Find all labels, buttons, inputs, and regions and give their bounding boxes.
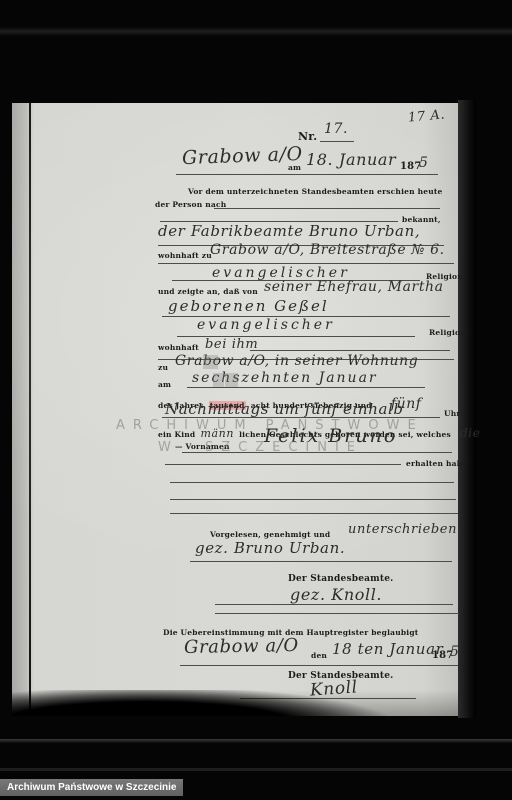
address-line: Grabow a/O, Breitestraße № 6. bbox=[210, 242, 445, 258]
corner-note: 17 A. bbox=[407, 107, 445, 125]
zeigte-an-label: und zeigte an, daß von bbox=[158, 287, 258, 296]
rule-line bbox=[180, 665, 458, 666]
page-bottom-shadow bbox=[12, 690, 458, 716]
certify-place: Grabow a/O bbox=[184, 635, 299, 658]
rule-line bbox=[165, 464, 401, 465]
scan-streak bbox=[0, 27, 512, 36]
am-label: am bbox=[158, 380, 171, 389]
rule-line bbox=[214, 208, 440, 209]
vorgelesen-label: Vorgelesen, genehmigt und bbox=[210, 530, 330, 539]
certify-date: 18 ten Januar bbox=[332, 640, 443, 658]
head-am: am bbox=[288, 163, 301, 172]
head-place: Grabow a/O bbox=[182, 143, 304, 169]
rule-line bbox=[170, 482, 454, 483]
wife-born-line: geborenen Geßel bbox=[168, 297, 329, 315]
wife-line: seiner Ehefrau, Martha bbox=[264, 279, 444, 295]
religion-2: evangelischer bbox=[197, 317, 335, 333]
rule-line bbox=[176, 174, 438, 175]
rule-line bbox=[250, 350, 450, 351]
archive-caption-label: Archiwum Państwowe w Szczecinie bbox=[7, 782, 177, 793]
rule-line bbox=[170, 499, 456, 500]
scan-streak bbox=[0, 768, 512, 771]
rule-line bbox=[170, 513, 458, 514]
intro-line-1: Vor dem unterzeichneten Standesbeamten e… bbox=[188, 187, 442, 196]
certify-den-label: den bbox=[311, 651, 327, 660]
birth-place-line: Grabow a/O, in seiner Wohnung bbox=[175, 353, 418, 369]
zu-label: zu bbox=[158, 363, 168, 372]
uhr-label: Uhr bbox=[444, 409, 461, 418]
binding-fold-line bbox=[29, 103, 31, 716]
vornamen-label: — Vornamen bbox=[175, 442, 230, 451]
child-article-hand: die bbox=[460, 426, 480, 440]
child-sex-hand: männ bbox=[200, 427, 234, 440]
rule-line bbox=[190, 561, 452, 562]
rule-line bbox=[215, 604, 453, 605]
rule-line bbox=[320, 141, 354, 142]
rule-line bbox=[215, 613, 459, 614]
record-number-value: 17. bbox=[324, 121, 348, 137]
registrar-signature: gez. Knoll. bbox=[290, 585, 382, 604]
record-number-label: Nr. bbox=[298, 130, 317, 143]
archive-caption-bar: Archiwum Państwowe w Szczecinie bbox=[0, 779, 183, 796]
erhalten-habe-label: erhalten habe bbox=[406, 459, 467, 468]
child-names-line: Felix Bruno bbox=[264, 425, 397, 447]
wohnhaft-zu-label: wohnhaft zu bbox=[158, 251, 212, 260]
registrar-label-1: Der Standesbeamte. bbox=[288, 574, 394, 584]
birth-time-line: Nachmittags um fünf einhalb bbox=[165, 400, 404, 418]
rule-line bbox=[182, 452, 452, 453]
scan-streak bbox=[0, 739, 512, 743]
declarant-signature: gez. Bruno Urban. bbox=[195, 539, 345, 557]
unterschrieben-hand: unterschrieben. bbox=[348, 522, 462, 537]
head-year-hand: 5 bbox=[419, 155, 429, 171]
birth-date-line: sechszehnten Januar bbox=[192, 370, 378, 386]
scanned-register-photo: 17 A. Nr. 17. Grabow a/O am 18. Januar 1… bbox=[0, 0, 512, 800]
child-pre-label: ein Kind bbox=[158, 430, 195, 439]
certify-year-hand: 5 bbox=[450, 644, 460, 660]
head-date: 18. Januar bbox=[306, 150, 396, 169]
register-page: 17 A. Nr. 17. Grabow a/O am 18. Januar 1… bbox=[12, 103, 458, 716]
religion-label-2: Religion, bbox=[429, 328, 469, 337]
declarant-line: der Fabrikbeamte Bruno Urban, bbox=[158, 222, 420, 240]
wohnhaft-label: wohnhaft bbox=[158, 343, 199, 352]
rule-line bbox=[187, 387, 425, 388]
rule-line bbox=[158, 263, 454, 264]
rule-line bbox=[162, 417, 440, 418]
